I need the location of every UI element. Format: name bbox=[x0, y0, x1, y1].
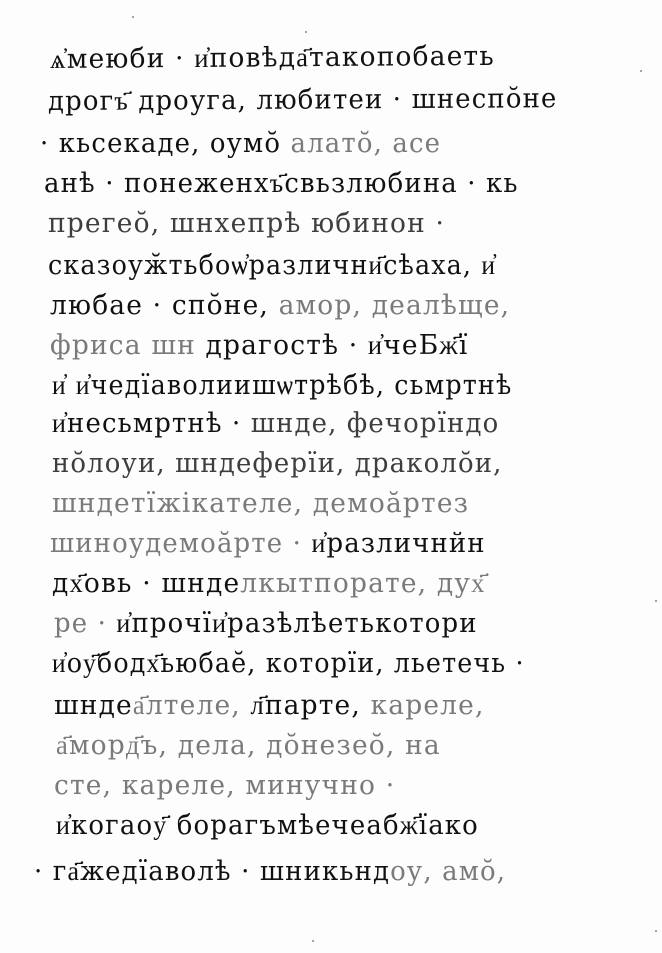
text-segment-faint: оу, амо̆, bbox=[390, 856, 506, 887]
text-segment-faint: кареле, bbox=[371, 690, 485, 721]
manuscript-line-4: анѣ · понеженхъ҃свьзлюбина · кь bbox=[44, 168, 519, 200]
text-segment-faint: лкытпорате, дух҃ bbox=[240, 568, 485, 599]
manuscript-line-1: ѧ҆меюби · и҆повѣда҃такопобаеть bbox=[50, 41, 495, 76]
text-segment: · кьсекаде, оумо̆ bbox=[40, 128, 291, 159]
manuscript-line-10: и҆несьмртнѣ · шнде, фечорїндо bbox=[52, 408, 499, 440]
paper-speck bbox=[640, 70, 642, 72]
manuscript-line-5: прегео̆, шнхепрѣ юбинон · bbox=[48, 208, 445, 240]
manuscript-line-16: и҆оу҃бодх҃ьюбаӗ, которїи, льетечь · bbox=[52, 648, 525, 680]
manuscript-line-9: и҆ и҆чедїаволиишѡтрѣбѣ, сьмртнѣ bbox=[52, 370, 512, 402]
text-segment: и҆когаоу҃ борагъмѣечеабж҃їако bbox=[56, 810, 479, 841]
text-segment: драгостѣ · и҆чеБж҃ї bbox=[206, 330, 469, 361]
manuscript-line-15: ре · и҆прочїи҆разѣлѣетькотори bbox=[54, 608, 478, 640]
text-segment: шнде bbox=[54, 690, 133, 721]
text-segment-faint: шиноудемоӑрте · bbox=[50, 528, 311, 559]
text-segment: сказоуӂтьбоѡ҆различни҃сѣаха, и҆ bbox=[48, 250, 496, 281]
manuscript-line-7: любае · спо̆не, амор, деалѣще, bbox=[50, 290, 510, 322]
paper-speck bbox=[132, 16, 134, 18]
text-segment: л҃парте, bbox=[250, 690, 370, 721]
text-segment: и҆оу҃бодх҃ьюбаӗ, которїи, льетечь · bbox=[52, 648, 525, 679]
text-segment-faint: сте, кареле, минучно · bbox=[54, 770, 395, 801]
text-segment: · га҃жедїаволѣ · шникьнд bbox=[34, 856, 390, 887]
text-segment: любае · спо̆не, bbox=[50, 290, 279, 321]
paper-speck bbox=[305, 31, 307, 33]
manuscript-line-21: · га҃жедїаволѣ · шникьндоу, амо̆, bbox=[34, 856, 506, 888]
text-segment: дх҃овь · шнде bbox=[52, 568, 240, 599]
text-segment: рѣ юбинон · bbox=[266, 208, 445, 239]
manuscript-line-6: сказоуӂтьбоѡ҆различни҃сѣаха, и҆ bbox=[48, 250, 496, 282]
paper-speck bbox=[312, 940, 314, 942]
manuscript-line-3: · кьсекаде, оумо̆ алато̆, асе bbox=[40, 128, 441, 160]
manuscript-line-19: сте, кареле, минучно · bbox=[54, 770, 395, 802]
manuscript-line-11: но̆лоуи, шндеферїи, драколо̆и, bbox=[52, 448, 503, 480]
manuscript-line-18: а҃морд҃ъ, дела, до̆незео̆, на bbox=[56, 730, 441, 762]
text-segment: дрогъ҃ дроуга, любитеи · шнеспо̆не bbox=[48, 83, 558, 117]
text-segment: прегео̆, шнхеп bbox=[48, 208, 266, 239]
text-segment: ѧ҆меюби · и҆повѣда҃такопобаеть bbox=[50, 41, 495, 75]
manuscript-line-14: дх҃овь · шнделкытпорате, дух҃ bbox=[52, 568, 485, 600]
text-segment: и҆ и҆чедїаволиишѡтрѣбѣ, сьмртнѣ bbox=[52, 370, 512, 401]
paper-speck bbox=[655, 600, 657, 602]
text-segment: и҆различнйн bbox=[311, 528, 485, 559]
manuscript-line-17: шндеа҃лтеле, л҃парте, кареле, bbox=[54, 690, 485, 722]
text-segment-faint: а҃морд҃ъ, дела, до̆незео̆, на bbox=[56, 730, 441, 761]
text-segment-faint: ре · bbox=[54, 608, 116, 639]
manuscript-line-13: шиноудемоӑрте · и҆различнйн bbox=[50, 528, 486, 560]
text-segment: и҆несьмртнѣ · bbox=[52, 408, 251, 439]
paper-speck bbox=[655, 930, 657, 932]
text-segment-faint: шндетїжiкателе, демоӑртез bbox=[52, 488, 469, 519]
text-segment: но̆лоуи, шндеферїи, драколо̆и, bbox=[52, 448, 503, 479]
manuscript-page: ѧ҆меюби · и҆повѣда҃такопобаеть дрогъ҃ др… bbox=[0, 0, 662, 953]
manuscript-line-12: шндетїжiкателе, демоӑртез bbox=[52, 488, 469, 520]
text-segment: и҆прочїи҆разѣлѣетькотори bbox=[116, 608, 477, 639]
manuscript-line-2: дрогъ҃ дроуга, любитеи · шнеспо̆не bbox=[48, 83, 558, 118]
text-segment: анѣ · понеженхъ҃свьзлюбина · кь bbox=[44, 168, 519, 199]
manuscript-line-20: и҆когаоу҃ борагъмѣечеабж҃їако bbox=[56, 810, 479, 842]
text-segment: шнде, фечорїндо bbox=[251, 408, 500, 439]
text-segment-faint: алато̆, асе bbox=[291, 128, 442, 159]
text-segment-faint: а҃лтеле, bbox=[133, 690, 251, 721]
text-segment-faint: амор, деалѣще, bbox=[279, 290, 511, 321]
text-segment-faint: фриса шн bbox=[50, 330, 206, 361]
manuscript-line-8: фриса шн драгостѣ · и҆чеБж҃ї bbox=[50, 330, 468, 362]
